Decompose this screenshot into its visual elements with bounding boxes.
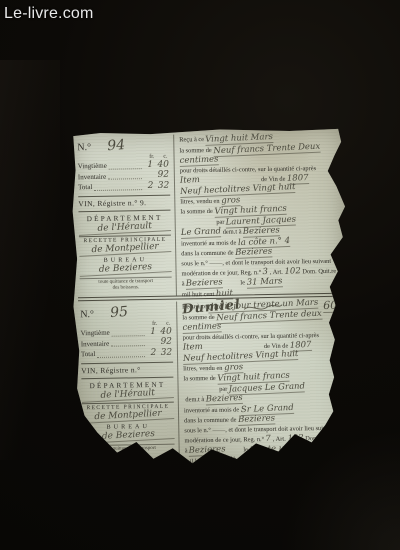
- commune-label: dans la commune de: [184, 417, 236, 425]
- centimes-value: centimes: [179, 155, 218, 166]
- fee-francs: 2: [147, 348, 160, 358]
- fee-label: Total: [78, 182, 92, 193]
- litres-label: litres, vendu en: [183, 365, 222, 373]
- dem-label: dem.t à: [185, 396, 204, 403]
- commune-value: Bezieres: [238, 415, 275, 426]
- recu-label: Reçu à ce: [179, 136, 204, 143]
- background-streak: [0, 60, 60, 460]
- commune-label: dans la commune de: [181, 250, 233, 258]
- fee-centimes: 32: [157, 181, 170, 191]
- item-value: Item: [180, 176, 200, 185]
- signature: Dumiel: [185, 465, 245, 485]
- an-label: mil huit cent: [182, 291, 214, 299]
- registre-line: VIN, Régistre n.° 9.: [78, 197, 170, 208]
- fine-print-line: des boissons.: [83, 451, 175, 459]
- acquit-mid: , Art.: [270, 269, 283, 276]
- le-label: le: [243, 447, 248, 454]
- fee-francs: 2: [144, 181, 157, 191]
- acquit-mid: , Art.: [273, 436, 286, 443]
- lieu-value: Bezieres: [189, 446, 226, 457]
- number-value: 95: [110, 304, 129, 321]
- fee-label: Total: [81, 349, 95, 360]
- acquit-post: Dom. Quit.re: [302, 268, 336, 276]
- registre-line: VIN, Régistre n.°: [81, 364, 173, 375]
- fee-centimes: 92: [160, 338, 173, 348]
- par-label: par: [216, 219, 224, 226]
- fee-row: Vingtième 1 40: [81, 327, 173, 339]
- background-streak: [280, 430, 400, 550]
- dotted-leader: [112, 335, 145, 337]
- an-label: mil huit cent: [185, 458, 217, 466]
- number-row: N.° 95: [80, 304, 172, 322]
- an-value: huit: [219, 456, 236, 466]
- dotted-leader: [108, 178, 142, 180]
- fee-centimes: 92: [157, 171, 170, 181]
- divider-line: [78, 194, 170, 197]
- somme2-label: la somme de: [183, 375, 215, 383]
- fee-column: N.° 94 fr. c. Vingtième 1 40 Inventai: [75, 135, 176, 298]
- divider-line: [78, 209, 170, 212]
- margin-scribble: [62, 199, 77, 359]
- fee-row: Total 2 32: [81, 348, 173, 360]
- fine-print-line: des boissons.: [80, 284, 172, 292]
- fee-column: N.° 95 fr. c. Vingtième 1 40 Inventai: [78, 302, 179, 465]
- old-document-paper: N.° 94 fr. c. Vingtième 1 40 Inventai: [67, 125, 351, 471]
- dotted-leader: [94, 189, 142, 191]
- par-label: par: [219, 386, 227, 393]
- registre-number: 3: [263, 268, 269, 277]
- dotted-leader: [109, 168, 142, 170]
- divider-line: [81, 376, 173, 379]
- date-value: 31 Mars: [246, 278, 282, 289]
- le-label: le: [240, 280, 245, 287]
- commune-value: Bezieres: [235, 248, 272, 259]
- dem-label: dem.t à: [223, 229, 242, 236]
- seller-watermark: Le-livre.com: [4, 5, 94, 23]
- registre-number: 7: [266, 435, 272, 444]
- fee-label: Vingtième: [78, 161, 107, 172]
- receipt-section-94: N.° 94 fr. c. Vingtième 1 40 Inventai: [75, 132, 341, 298]
- fine-print: toute quittance de transport des boisson…: [83, 443, 175, 459]
- inventorie-label: inventorié au mois de: [184, 406, 239, 414]
- dotted-leader: [97, 356, 145, 358]
- somme-label: la somme de: [179, 146, 211, 154]
- centimes-value: centimes: [182, 322, 221, 333]
- somme2-label: la somme de: [180, 208, 212, 216]
- document-content: N.° 94 fr. c. Vingtième 1 40 Inventai: [75, 132, 344, 467]
- fee-row: Total 2 32: [78, 181, 170, 193]
- a-label: à: [182, 281, 185, 288]
- item-value: Item: [183, 343, 203, 352]
- fine-print: toute quittance de transport des boisson…: [80, 276, 172, 292]
- fee-francs: 1: [144, 161, 157, 171]
- number-label: N.°: [80, 309, 94, 320]
- dem-value: Bezieres: [206, 394, 243, 405]
- fee-francs: 1: [147, 327, 160, 337]
- fee-centimes: 32: [160, 348, 173, 358]
- fee-label: Inventaire: [78, 171, 107, 182]
- photo-stage: Le-livre.com N.° 94 fr. c. Vingtièm: [0, 0, 400, 550]
- fee-row: Inventaire 92: [81, 337, 173, 349]
- receipt-text-column: Reçu à ce Vingt huit Mars la somme de Ne…: [173, 132, 341, 296]
- article-number: 102: [284, 267, 301, 276]
- number-label: N.°: [77, 142, 91, 153]
- nom-value: Le Grand: [181, 228, 222, 239]
- dotted-leader: [111, 345, 145, 347]
- number-value: 94: [107, 137, 126, 154]
- divider-line: [81, 361, 173, 364]
- fee-label: Vingtième: [81, 328, 110, 339]
- a-label: à: [185, 448, 188, 455]
- inventorie-label: inventorié au mois de: [181, 239, 236, 247]
- fee-label: Inventaire: [81, 338, 110, 349]
- number-row: N.° 94: [77, 137, 169, 155]
- litres-label: litres, vendu en: [180, 198, 219, 206]
